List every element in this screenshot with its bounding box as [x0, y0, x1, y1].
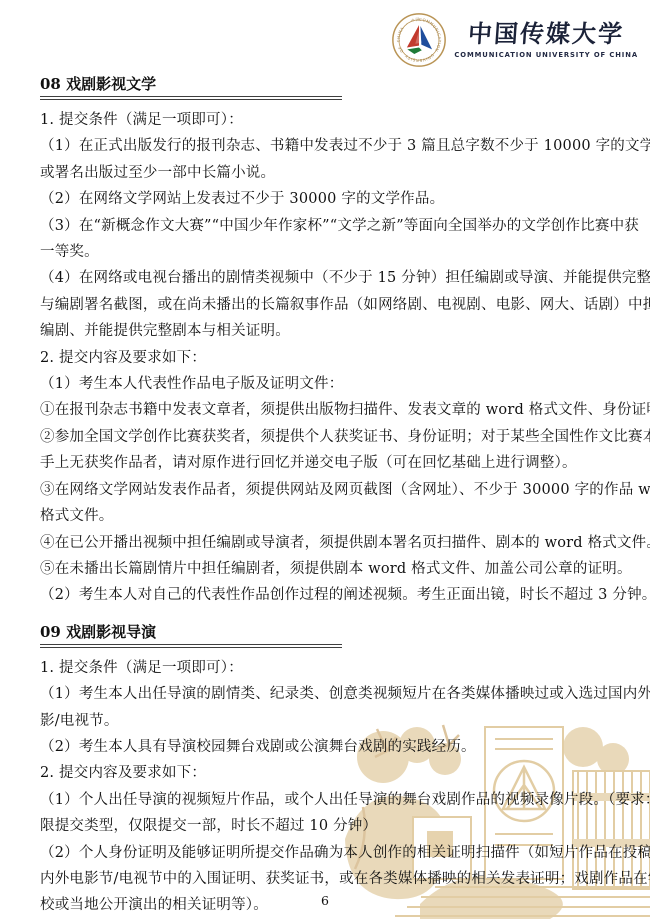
page-number: 6 — [0, 893, 650, 908]
university-name-en: COMMUNICATION UNIVERSITY OF CHINA — [454, 51, 638, 59]
text-line: （1）个人出任导演的视频短片作品，或个人出任导演的舞台戏剧作品的视频录像片段。（… — [40, 787, 610, 813]
text-line: （1）考生本人代表性作品电子版及证明文件： — [40, 371, 610, 397]
text-line: （2）个人身份证明及能够证明所提交作品确为本人创作的相关证明扫描件（如短片作品在… — [40, 840, 610, 866]
text-line: （4）在网络或电视台播出的剧情类视频中（不少于 15 分钟）担任编剧或导演、并能… — [40, 265, 610, 291]
section-08: 08 戏剧影视文学 1. 提交条件（满足一项即可）： （1）在正式出版发行的报刊… — [40, 74, 610, 609]
university-logo: COMMUNICATION UNIVERSITY OF CHINA · 中国传媒… — [391, 12, 638, 68]
text-line: 限提交类型，仅限提交一部，时长不超过 10 分钟） — [40, 813, 610, 839]
text-line: 格式文件。 — [40, 503, 610, 529]
text-line: 影/电视节。 — [40, 708, 610, 734]
text-line: 编剧、并能提供完整剧本与相关证明。 — [40, 318, 610, 344]
text-line: （1）在正式出版发行的报刊杂志、书籍中发表过不少于 3 篇且总字数不少于 100… — [40, 133, 610, 159]
text-line: 2. 提交内容及要求如下： — [40, 345, 610, 371]
text-line: （3）在“新概念作文大赛”“中国少年作家杯”“文学之新”等面向全国举办的文学创作… — [40, 213, 610, 239]
text-line: ③在网络文学网站发表作品者，须提供网站及网页截图（含网址）、不少于 30000 … — [40, 477, 610, 503]
text-line: 1. 提交条件（满足一项即可）： — [40, 107, 610, 133]
text-line: 一等奖。 — [40, 239, 610, 265]
text-line: 内外电影节/电视节中的入围证明、获奖证书，或在各类媒体播映的相关发表证明；戏剧作… — [40, 866, 610, 892]
text-line: 1. 提交条件（满足一项即可）： — [40, 655, 610, 681]
text-line: 与编剧署名截图，或在尚未播出的长篇叙事作品（如网络剧、电视剧、电影、网大、话剧）… — [40, 292, 610, 318]
cuc-emblem-icon: COMMUNICATION UNIVERSITY OF CHINA · 中国传媒… — [391, 12, 447, 68]
section-title-08: 08 戏剧影视文学 — [40, 74, 342, 100]
text-line: （2）考生本人具有导演校园舞台戏剧或公演舞台戏剧的实践经历。 — [40, 734, 610, 760]
text-line: ①在报刊杂志书籍中发表文章者，须提供出版物扫描件、发表文章的 word 格式文件… — [40, 397, 610, 423]
text-line: （1）考生本人出任导演的剧情类、纪录类、创意类视频短片在各类媒体播映过或入选过国… — [40, 681, 610, 707]
university-name-cn: 中国传媒大学 — [467, 21, 625, 47]
text-line: （2）在网络文学网站上发表过不少于 30000 字的文学作品。 — [40, 186, 610, 212]
text-line: 手上无获奖作品者，请对原作进行回忆并递交电子版（可在回忆基础上进行调整）。 — [40, 450, 610, 476]
section-title-09: 09 戏剧影视导演 — [40, 622, 342, 648]
text-line: 2. 提交内容及要求如下： — [40, 760, 610, 786]
text-line: ⑤在未播出长篇剧情片中担任编剧者，须提供剧本 word 格式文件、加盖公司公章的… — [40, 556, 610, 582]
section-09: 09 戏剧影视导演 1. 提交条件（满足一项即可）： （1）考生本人出任导演的剧… — [40, 622, 610, 919]
text-line: 或署名出版过至少一部中长篇小说。 — [40, 160, 610, 186]
section-08-lines: 1. 提交条件（满足一项即可）： （1）在正式出版发行的报刊杂志、书籍中发表过不… — [40, 107, 610, 609]
text-line: ④在已公开播出视频中担任编剧或导演者，须提供剧本署名页扫描件、剧本的 word … — [40, 530, 610, 556]
section-09-lines: 1. 提交条件（满足一项即可）： （1）考生本人出任导演的剧情类、纪录类、创意类… — [40, 655, 610, 919]
document-content: 08 戏剧影视文学 1. 提交条件（满足一项即可）： （1）在正式出版发行的报刊… — [40, 74, 610, 919]
document-page: COMMUNICATION UNIVERSITY OF CHINA · 中国传媒… — [0, 0, 650, 919]
text-line: ②参加全国文学创作比赛获奖者，须提供个人获奖证书、身份证明；对于某些全国性作文比… — [40, 424, 610, 450]
text-line: （2）考生本人对自己的代表性作品创作过程的阐述视频。考生正面出镜，时长不超过 3… — [40, 582, 610, 608]
